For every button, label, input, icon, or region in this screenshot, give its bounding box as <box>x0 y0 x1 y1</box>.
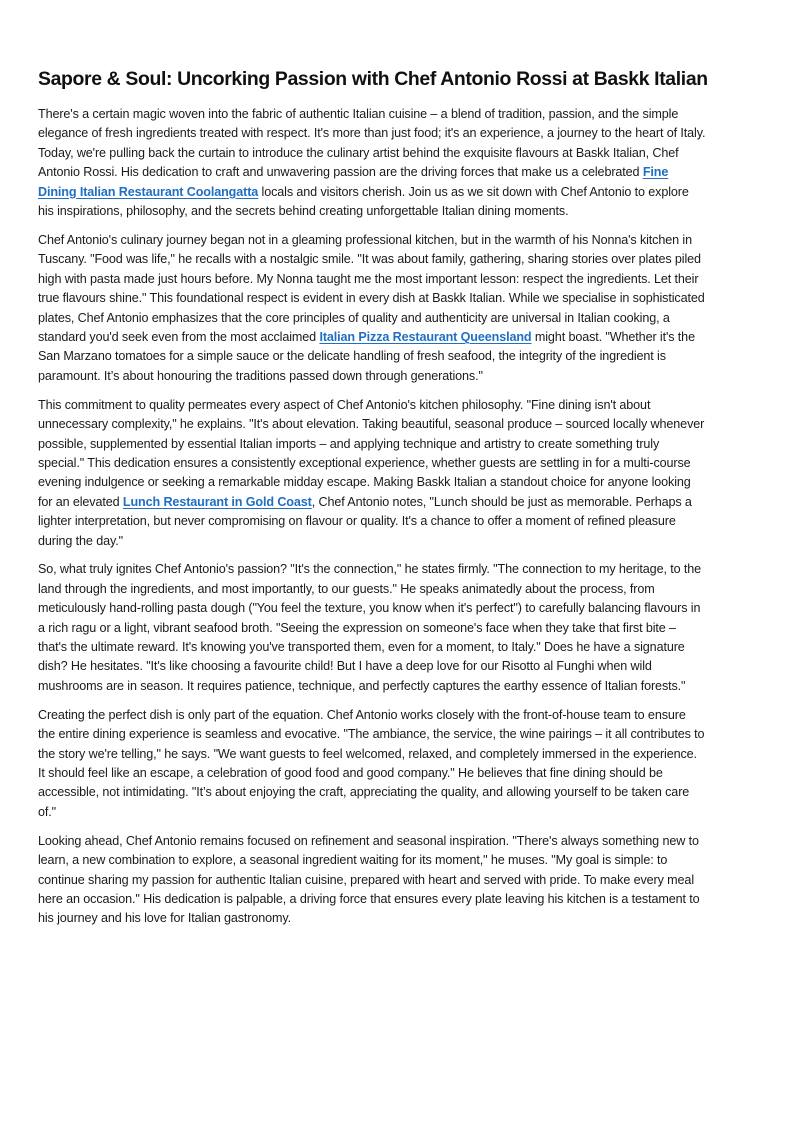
paragraph-text: Creating the perfect dish is only part o… <box>38 708 704 819</box>
article-title: Sapore & Soul: Uncorking Passion with Ch… <box>38 66 706 92</box>
link-lunch-gold-coast[interactable]: Lunch Restaurant in Gold Coast <box>123 495 312 509</box>
document-page: Sapore & Soul: Uncorking Passion with Ch… <box>38 66 706 938</box>
paragraph-intro: There's a certain magic woven into the f… <box>38 105 706 221</box>
paragraph-text: There's a certain magic woven into the f… <box>38 107 705 179</box>
paragraph-passion: So, what truly ignites Chef Antonio's pa… <box>38 560 706 696</box>
paragraph-text: So, what truly ignites Chef Antonio's pa… <box>38 562 701 692</box>
paragraph-text: Looking ahead, Chef Antonio remains focu… <box>38 834 700 926</box>
link-italian-pizza-queensland[interactable]: Italian Pizza Restaurant Queensland <box>319 330 531 344</box>
paragraph-journey: Chef Antonio's culinary journey began no… <box>38 231 706 386</box>
paragraph-looking-ahead: Looking ahead, Chef Antonio remains focu… <box>38 832 706 929</box>
paragraph-text: Chef Antonio's culinary journey began no… <box>38 233 705 344</box>
paragraph-experience: Creating the perfect dish is only part o… <box>38 706 706 822</box>
paragraph-text: This commitment to quality permeates eve… <box>38 398 704 509</box>
paragraph-philosophy: This commitment to quality permeates eve… <box>38 396 706 551</box>
